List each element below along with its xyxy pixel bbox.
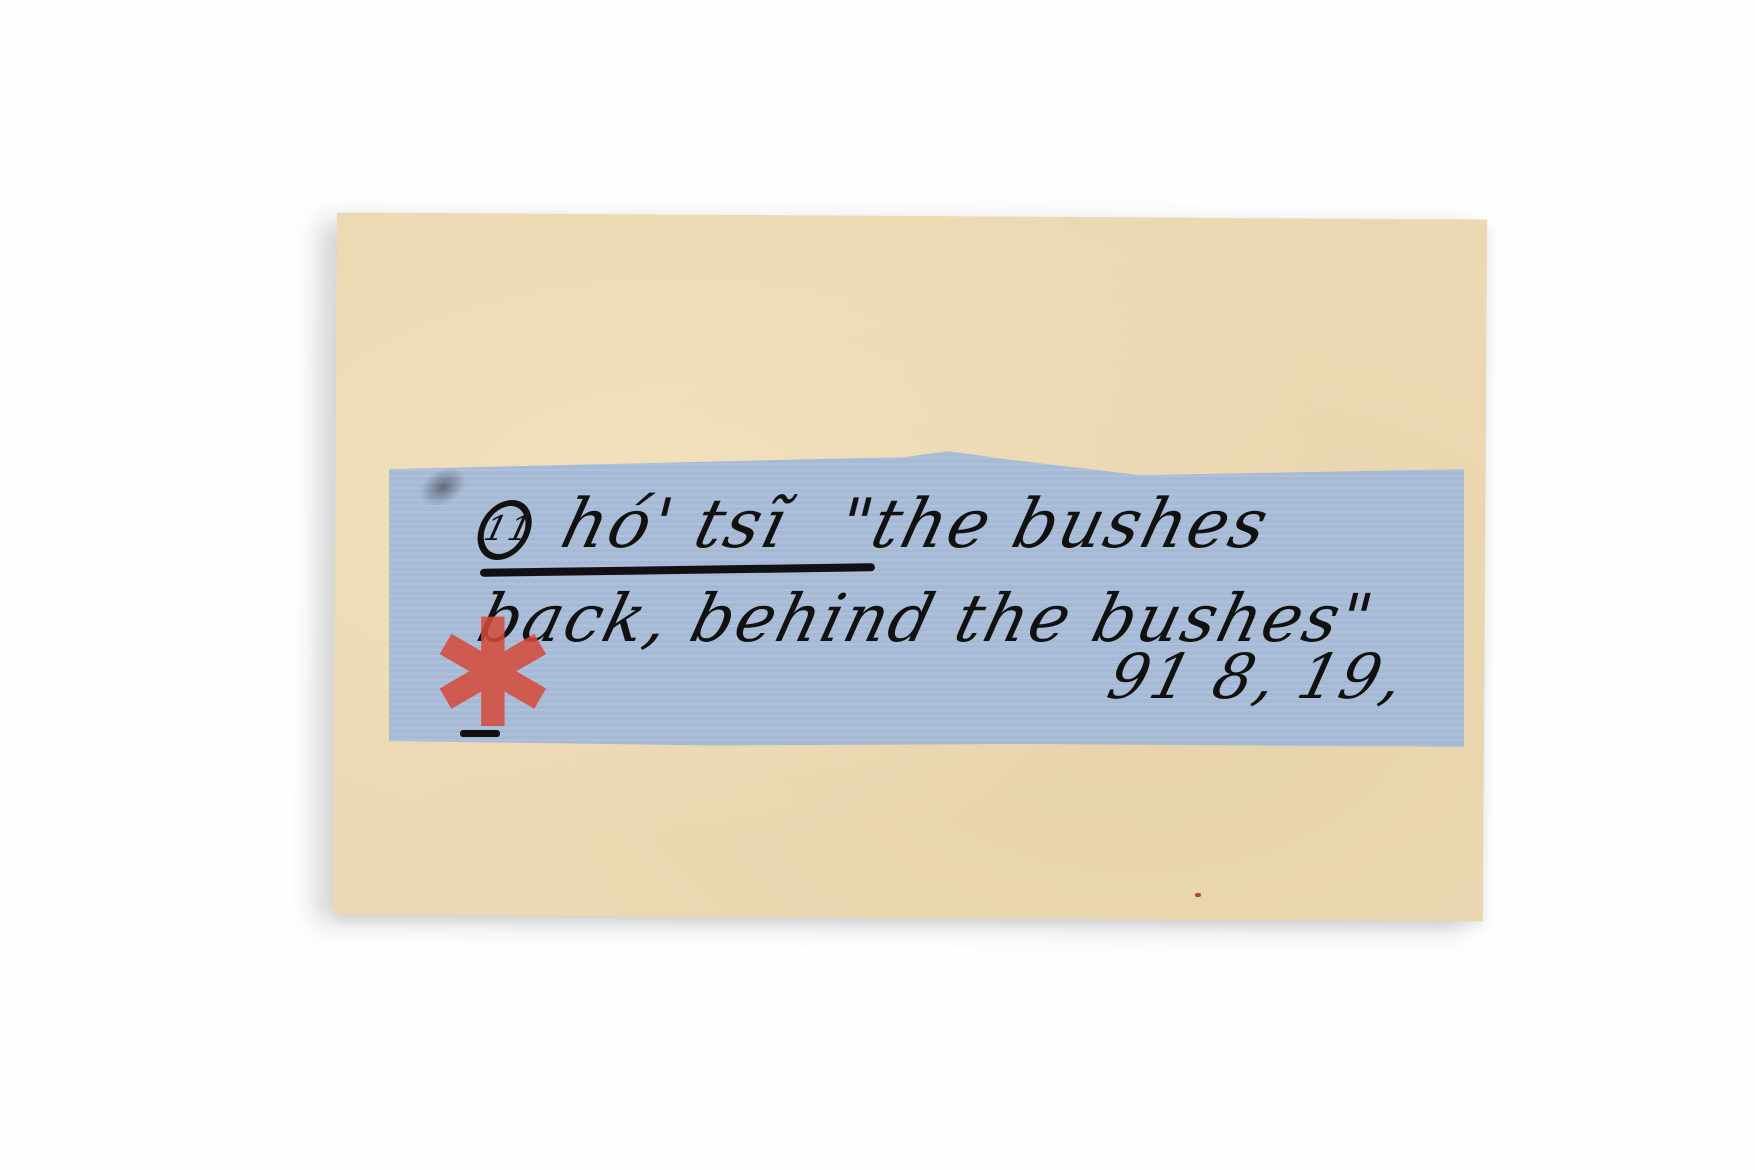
gloss-start: "the bushes — [830, 485, 1277, 564]
photo-background: 11 hó' tsĩ "the bushes back, behind the … — [0, 0, 1755, 1170]
handwritten-reference-number: 91 8, 19, — [1101, 640, 1413, 713]
headword: hó' tsĩ — [554, 485, 797, 564]
paper-stain — [1195, 893, 1201, 897]
asterisk-icon: ✱ — [430, 630, 550, 720]
handwritten-line-1: 11 hó' tsĩ "the bushes — [470, 485, 1277, 564]
